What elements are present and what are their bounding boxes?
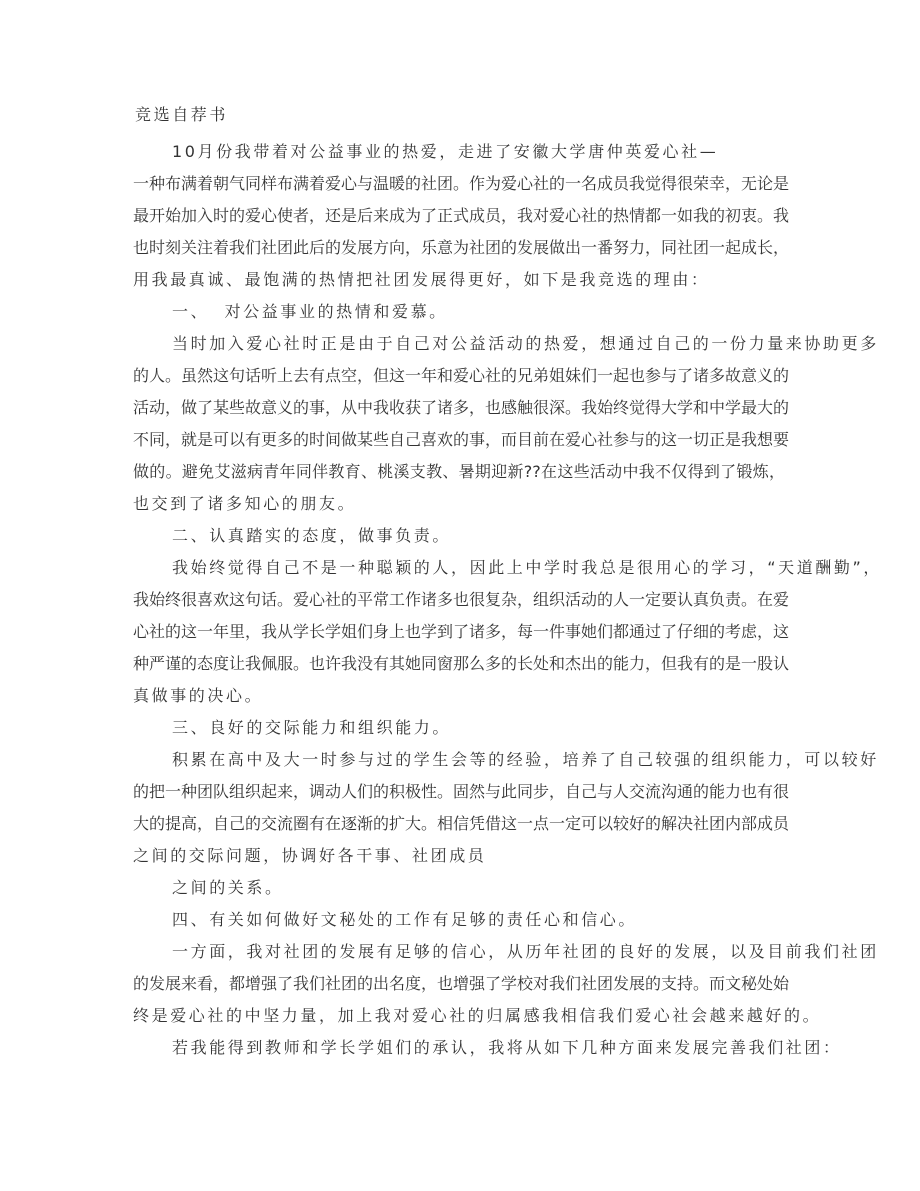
paragraph-line: 做的。避免艾滋病青年同伴教育、桃溪支教、暑期迎新??在这些活动中我不仅得到了锻炼… xyxy=(133,460,785,484)
paragraph-line: 也时刻关注着我们社团此后的发展方向，乐意为社团的发展做出一番努力，同社团一起成长… xyxy=(133,236,785,260)
paragraph-line: 之间的交际问题，协调好各干事、社团成员 xyxy=(133,844,486,868)
paragraph-line: 种严谨的态度让我佩服。也许我没有其她同窗那么多的长处和杰出的能力，但我有的是一股… xyxy=(133,652,785,676)
paragraph-line: 心社的这一年里，我从学长学姐们身上也学到了诸多，每一件事她们都通过了仔细的考虑，… xyxy=(133,620,785,644)
paragraph-line: 我始终很喜欢这句话。爱心社的平常工作诸多也很复杂，组织活动的人一定要认真负责。在… xyxy=(133,588,785,612)
paragraph-line: 积累在高中及大一时参与过的学生会等的经验，培养了自己较强的组织能力，可以较好 xyxy=(172,748,879,772)
paragraph-line: 之间的关系。 xyxy=(172,876,284,900)
paragraph-line: 若我能得到教师和学长学姐们的承认，我将从如下几种方面来发展完善我们社团： xyxy=(172,1036,842,1060)
paragraph-line: 大的提高，自己的交流圈有在逐渐的扩大。相信凭借这一点一定可以较好的解决社团内部成… xyxy=(133,812,785,836)
paragraph-line: 10月份我带着对公益事业的热爱，走进了安徽大学唐仲英爱心社— xyxy=(172,140,718,164)
section-heading-4: 四、有关如何做好文秘处的工作有足够的责任心和信心。 xyxy=(172,908,637,932)
paragraph-line: 也交到了诸多知心的朋友。 xyxy=(133,492,356,516)
paragraph-line: 不同，就是可以有更多的时间做某些自己喜欢的事，而目前在爱心社参与的这一切正是我想… xyxy=(133,428,785,452)
section-heading-2: 二、认真踏实的态度，做事负责。 xyxy=(172,524,451,548)
paragraph-line: 活动，做了某些故意义的事，从中我收获了诸多，也感触很深。我始终觉得大学和中学最大… xyxy=(133,396,785,420)
paragraph-line: 的发展来看，都增强了我们社团的出名度，也增强了学校对我们社团发展的支持。而文秘处… xyxy=(133,972,785,996)
paragraph-line: 终是爱心社的中坚力量，加上我对爱心社的归属感我相信我们爱心社会越来越好的。 xyxy=(133,1004,821,1028)
document-page: 竞选自荐书 10月份我带着对公益事业的热爱，走进了安徽大学唐仲英爱心社— 一种布… xyxy=(0,0,920,1191)
paragraph-line: 一方面，我对社团的发展有足够的信心，从历年社团的良好的发展，以及目前我们社团 xyxy=(172,940,879,964)
document-title: 竞选自荐书 xyxy=(135,103,228,127)
paragraph-line: 的人。虽然这句话听上去有点空，但这一年和爱心社的兄弟姐妹们一起也参与了诸多故意义… xyxy=(133,364,785,388)
paragraph-line: 当时加入爱心社时正是由于自己对公益活动的热爱，想通过自己的一份力量来协助更多 xyxy=(172,332,879,356)
paragraph-line: 一种布满着朝气同样布满着爱心与温暖的社团。作为爱心社的一名成员我觉得很荣幸，无论… xyxy=(133,172,785,196)
paragraph-line: 用我最真诚、最饱满的热情把社团发展得更好，如下是我竞选的理由： xyxy=(133,268,710,292)
paragraph-line: 真做事的决心。 xyxy=(133,684,263,708)
paragraph-line: 的把一种团队组织起来，调动人们的积极性。固然与此同步，自己与人交流沟通的能力也有… xyxy=(133,780,785,804)
paragraph-line: 最开始加入时的爱心使者，还是后来成为了正式成员，我对爱心社的热情都一如我的初衷。… xyxy=(133,204,785,228)
section-heading-1: 一、 对公益事业的热情和爱慕。 xyxy=(172,300,448,324)
section-heading-3: 三、良好的交际能力和组织能力。 xyxy=(172,716,451,740)
paragraph-line: 我始终觉得自己不是一种聪颖的人，因此上中学时我总是很用心的学习，“天道酬勤”， xyxy=(172,556,882,580)
